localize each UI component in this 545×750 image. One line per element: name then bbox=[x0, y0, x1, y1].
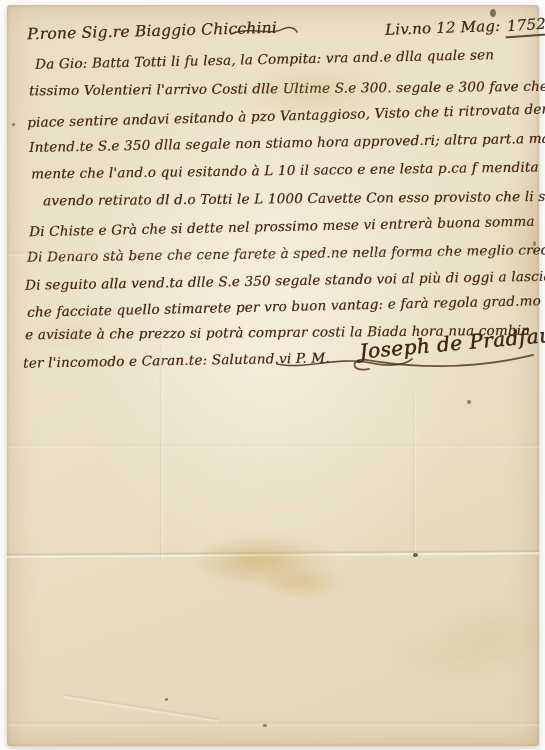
stain-spot-bottom-right bbox=[437, 605, 545, 665]
letter-line-1: Da Gio: Batta Totti li fu lesa, la Compi… bbox=[35, 47, 494, 73]
ink-speck-3 bbox=[263, 724, 267, 727]
scanned-letter: P.rone Sig.re Biaggio Chicchini Liv.no 1… bbox=[0, 0, 545, 750]
letter-line-9: Di seguito alla vend.ta dlle S.e 350 seg… bbox=[25, 268, 545, 294]
letter-line-7: Di Chiste e Grà che si dette nel prossim… bbox=[29, 214, 535, 241]
ink-speck-red-edge bbox=[533, 241, 536, 246]
fold-crease-bottom bbox=[7, 721, 539, 727]
fold-crease-vertical-right bbox=[412, 395, 417, 560]
dateline-prefix: Liv.no 12 Mag: bbox=[385, 17, 501, 39]
fold-crease-upper bbox=[7, 251, 539, 257]
ink-speck-2 bbox=[413, 553, 418, 557]
letter-line-10: che facciate quello stimarete per vro bu… bbox=[27, 293, 541, 321]
letter-line-5: mente che l'and.o qui esitando à L 10 il… bbox=[31, 159, 539, 182]
fold-crease-diagonal bbox=[62, 693, 218, 723]
letter-line-6: avendo retirato dl d.o Totti le L 1000 C… bbox=[43, 189, 545, 210]
dateline: Liv.no 12 Mag: 1752 bbox=[385, 15, 545, 42]
stain-spot-top bbox=[247, 60, 397, 120]
stain-spot-small bbox=[269, 565, 349, 599]
recipient-flourish-stroke bbox=[229, 23, 299, 39]
fold-crease-middle bbox=[7, 443, 539, 449]
ink-speck-top-right bbox=[490, 9, 496, 17]
signature-flourish-stroke bbox=[347, 349, 537, 375]
dateline-year: 1752 bbox=[505, 14, 545, 38]
letter-line-4: Intend.te S.e 350 dlla segale non stiamo… bbox=[29, 130, 545, 156]
letter-paper: P.rone Sig.re Biaggio Chicchini Liv.no 1… bbox=[7, 5, 539, 746]
fold-crease-vertical-left bbox=[159, 335, 164, 560]
ink-speck-1 bbox=[467, 400, 471, 404]
ink-speck-left-margin bbox=[12, 123, 15, 126]
ink-speck-4 bbox=[165, 698, 168, 701]
